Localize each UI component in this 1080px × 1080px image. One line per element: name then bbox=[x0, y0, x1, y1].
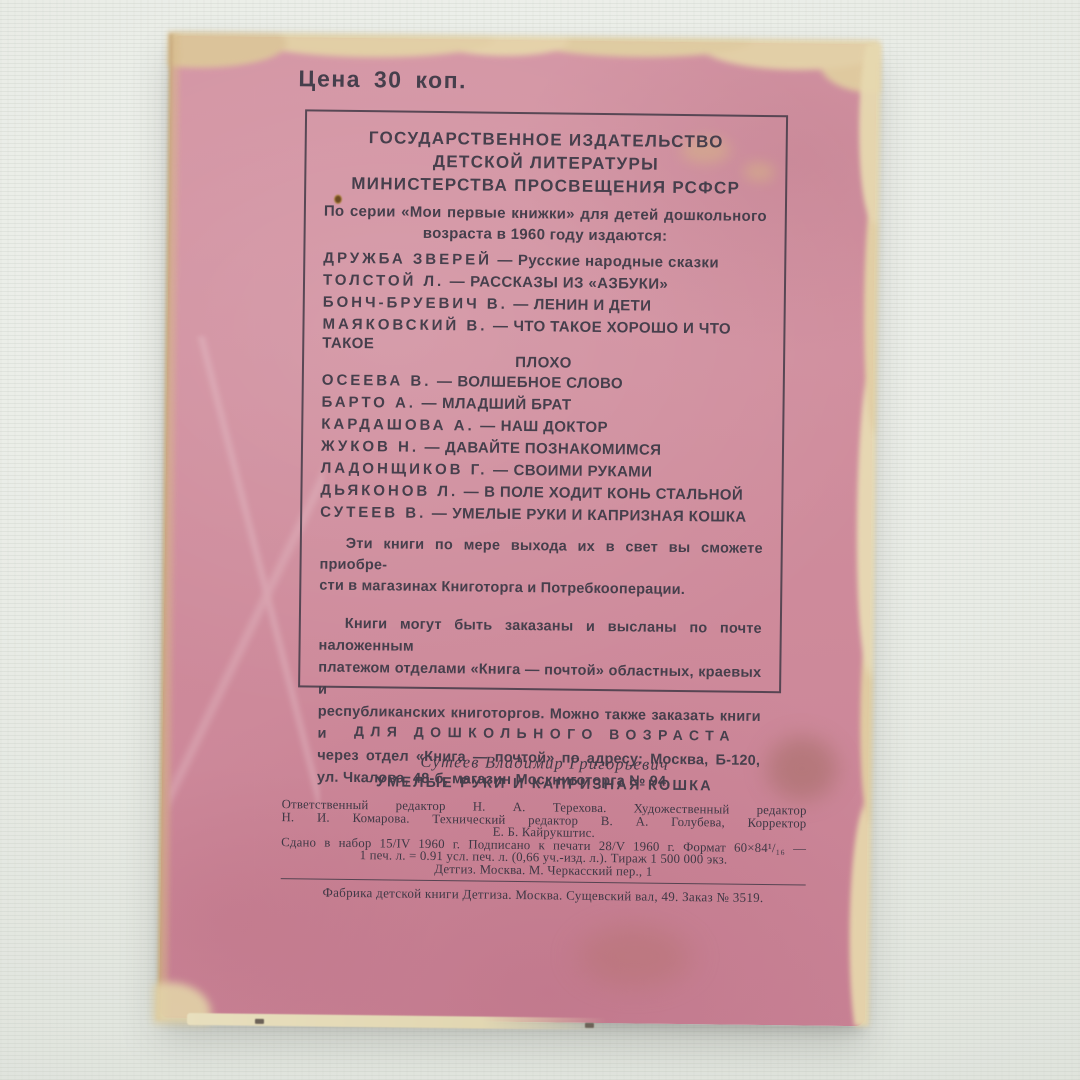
author-name: Сутеев Владимир Григорьевич bbox=[282, 751, 807, 775]
text-line: платежом отделами «Книга — почтой» облас… bbox=[318, 657, 762, 706]
worn-top-edge bbox=[167, 32, 880, 99]
book-author: ОСЕЕВА В. bbox=[322, 372, 432, 390]
book-list-item: БОНЧ-БРУЕВИЧ В.—ЛЕНИН И ДЕТИ bbox=[323, 293, 766, 317]
book-author: ДРУЖБА ЗВЕРЕЙ bbox=[323, 250, 492, 269]
book-author: ЛАДОНЩИКОВ Г. bbox=[321, 460, 488, 479]
factory-imprint-line: Фабрика детской книги Детгиза. Москва. С… bbox=[280, 884, 805, 906]
series-announcement: По серии «Мои первые книжки» для детей д… bbox=[324, 201, 767, 248]
em-dash: — bbox=[444, 272, 470, 291]
book-title: ДАВАЙТЕ ПОЗНАКОМИМСЯ bbox=[445, 439, 661, 459]
em-dash: — bbox=[487, 317, 513, 336]
text-line: Книги могут быть заказаны и высланы по п… bbox=[318, 613, 762, 662]
book-author: ДЬЯКОНОВ Л. bbox=[320, 482, 458, 501]
em-dash: — bbox=[416, 394, 442, 413]
em-dash: — bbox=[458, 482, 484, 501]
em-dash: — bbox=[475, 416, 501, 435]
em-dash: — bbox=[508, 295, 534, 314]
age-category-label: ДЛЯ ДОШКОЛЬНОГО ВОЗРАСТА bbox=[282, 722, 807, 744]
book-author: БАРТО А. bbox=[321, 394, 416, 412]
imprint-block: Ответственный редактор Н. А. Терехова. Х… bbox=[281, 798, 807, 880]
book-list-item: КАРДАШОВА А.—НАШ ДОКТОР bbox=[321, 415, 764, 439]
photo-background: Цена 30 коп. ГОСУДАРСТВЕННОЕ ИЗДАТЕЛЬСТВ… bbox=[0, 0, 1080, 1080]
book-list-item: ДЬЯКОНОВ Л.—В ПОЛЕ ХОДИТ КОНЬ СТАЛЬНОЙ bbox=[320, 481, 763, 505]
staple bbox=[585, 1023, 594, 1028]
book-title: СВОИМИ РУКАМИ bbox=[513, 462, 652, 481]
book-list-item: ТОЛСТОЙ Л.—РАССКАЗЫ ИЗ «АЗБУКИ» bbox=[323, 271, 766, 295]
book-title: УМЕЛЫЕ РУКИ И КАПРИЗНАЯ КОШКА bbox=[452, 505, 746, 526]
book-author: ТОЛСТОЙ Л. bbox=[323, 272, 444, 290]
bottom-stain bbox=[539, 900, 730, 1012]
publisher-box: ГОСУДАРСТВЕННОЕ ИЗДАТЕЛЬСТВОДЕТСКОЙ ЛИТЕ… bbox=[298, 109, 788, 693]
book-title: Русские народные сказки bbox=[518, 252, 719, 271]
book-author: СУТЕЕВ В. bbox=[320, 504, 426, 522]
book-list-item: БАРТО А.—МЛАДШИЙ БРАТ bbox=[321, 393, 764, 417]
book-list-item: МАЯКОВСКИЙ В.—ЧТО ТАКОЕ ХОРОШО И ЧТО ТАК… bbox=[322, 315, 766, 373]
em-dash: — bbox=[419, 438, 445, 457]
book-list: ДРУЖБА ЗВЕРЕЙ—Русские народные сказкиТОЛ… bbox=[320, 249, 766, 527]
book-list-item: ОСЕЕВА В.—ВОЛШЕБНОЕ СЛОВО bbox=[322, 371, 765, 395]
publisher-name-line: МИНИСТЕРСТВА ПРОСВЕЩЕНИЯ РСФСР bbox=[324, 172, 767, 200]
book-author: БОНЧ-БРУЕВИЧ В. bbox=[323, 294, 508, 313]
book-title: НАШ ДОКТОР bbox=[501, 418, 608, 436]
text-line: сти в магазинах Книготорга и Потребкоопе… bbox=[319, 576, 762, 602]
book-title: МЛАДШИЙ БРАТ bbox=[442, 395, 572, 414]
publisher-name: ГОСУДАРСТВЕННОЕ ИЗДАТЕЛЬСТВОДЕТСКОЙ ЛИТЕ… bbox=[324, 126, 768, 200]
book-list-item: ЛАДОНЩИКОВ Г.—СВОИМИ РУКАМИ bbox=[321, 459, 764, 483]
price-label: Цена 30 коп. bbox=[298, 65, 467, 94]
book-title: РАССКАЗЫ ИЗ «АЗБУКИ» bbox=[470, 273, 668, 292]
worn-right-edge bbox=[839, 44, 881, 1026]
book-title: УМЕЛЫЕ РУКИ И КАПРИЗНАЯ КОШКА bbox=[282, 773, 807, 795]
page-block-edge bbox=[187, 1013, 607, 1030]
em-dash: — bbox=[487, 461, 513, 480]
book-author: МАЯКОВСКИЙ В. bbox=[322, 316, 487, 335]
book-list-item: ЖУКОВ Н.—ДАВАЙТЕ ПОЗНАКОМИМСЯ bbox=[321, 437, 764, 461]
book-title: ЛЕНИН И ДЕТИ bbox=[534, 296, 652, 314]
colophon: ДЛЯ ДОШКОЛЬНОГО ВОЗРАСТА Сутеев Владимир… bbox=[280, 717, 807, 906]
text-line: Эти книги по мере выхода их в свет вы см… bbox=[319, 534, 762, 581]
em-dash: — bbox=[426, 504, 452, 523]
worn-left-edge bbox=[157, 34, 183, 1020]
book-back-cover: Цена 30 коп. ГОСУДАРСТВЕННОЕ ИЗДАТЕЛЬСТВ… bbox=[159, 36, 877, 1027]
staple bbox=[255, 1019, 264, 1024]
em-dash: — bbox=[431, 372, 457, 391]
book-list-item: СУТЕЕВ В.—УМЕЛЫЕ РУКИ И КАПРИЗНАЯ КОШКА bbox=[320, 503, 763, 527]
em-dash: — bbox=[492, 251, 518, 270]
book-author: КАРДАШОВА А. bbox=[321, 416, 475, 435]
book-title: В ПОЛЕ ХОДИТ КОНЬ СТАЛЬНОЙ bbox=[484, 484, 743, 504]
book-title: ВОЛШЕБНОЕ СЛОВО bbox=[457, 373, 623, 392]
book-title-wrap: ПЛОХО bbox=[322, 353, 765, 373]
paragraph-availability: Эти книги по мере выхода их в свет вы см… bbox=[319, 534, 763, 602]
book-author: ЖУКОВ Н. bbox=[321, 438, 419, 456]
book-list-item: ДРУЖБА ЗВЕРЕЙ—Русские народные сказки bbox=[323, 249, 766, 273]
